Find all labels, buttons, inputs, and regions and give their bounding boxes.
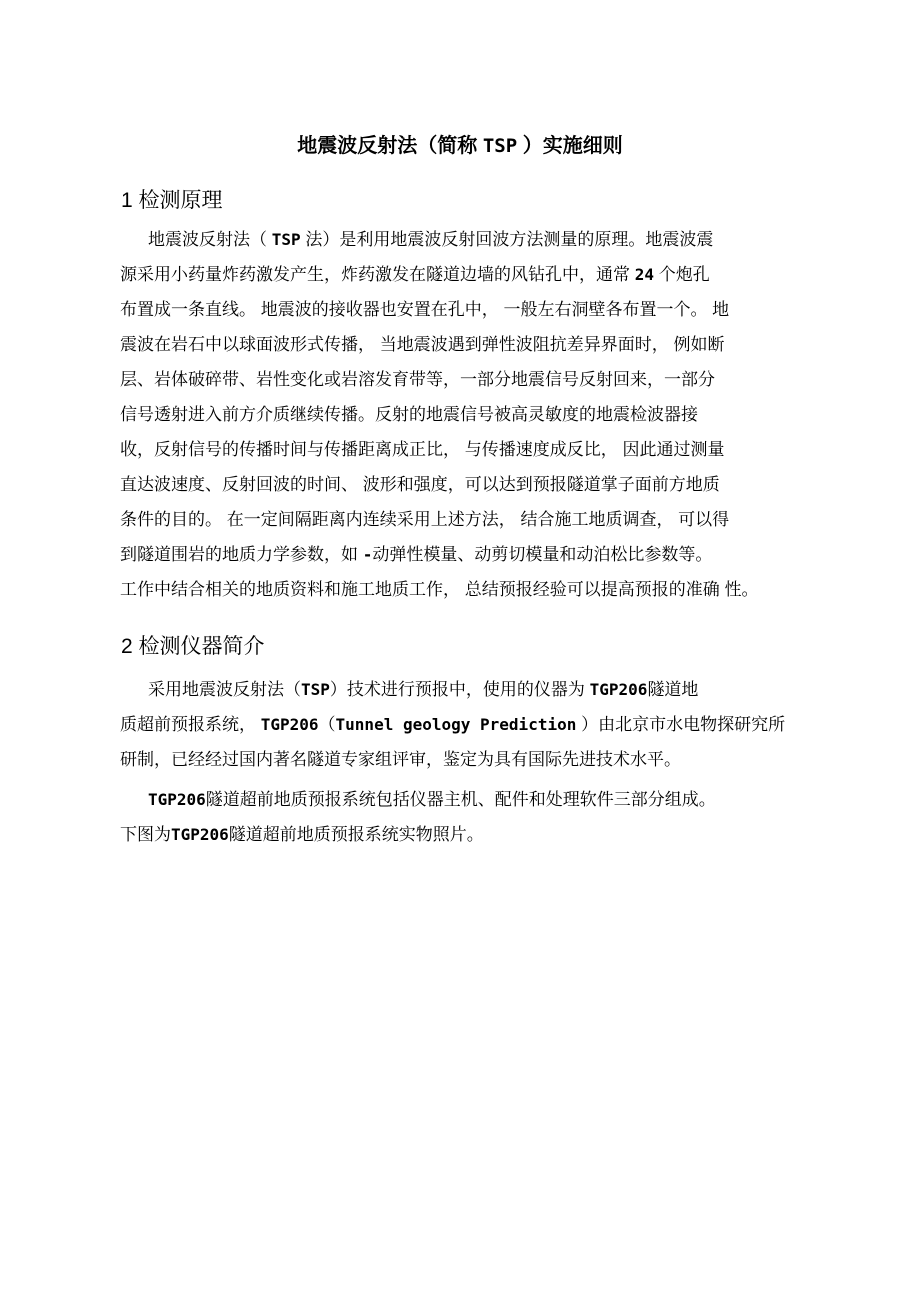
emphasis-text: TGP206: [590, 680, 648, 699]
text-line: 收，反射信号的传播时间与传播距离成正比， 与传播速度成反比， 因此通过测量: [120, 432, 810, 467]
body-text: 地震波反射法（简称: [297, 135, 483, 157]
body-text: 到隧道围岩的地质力学参数，如: [120, 545, 363, 564]
document-page: 地震波反射法（简称 TSP ）实施细则1 检测原理地震波反射法（ TSP 法）是…: [0, 0, 920, 1303]
body-text: 研制，已经经过国内著名隧道专家组评审，鉴定为具有国际先进技术水平。: [120, 750, 681, 769]
body-text: ）技术进行预报中，使用的仪器为: [330, 680, 590, 699]
doc-title: 地震波反射法（简称 TSP ）实施细则: [0, 129, 920, 158]
body-text: 震波在岩石中以球面波形式传播， 当地震波遇到弹性波阻抗差异界面时， 例如断: [120, 335, 724, 354]
emphasis-text: -: [363, 545, 373, 564]
body-text: ）由北京市水电物探研究所: [576, 715, 785, 734]
text-line: 信号透射进入前方介质继续传播。反射的地震信号被高灵敏度的地震检波器接: [120, 397, 810, 432]
body-text: 采用地震波反射法（: [148, 680, 301, 699]
body-text: 条件的目的。 在一定间隔距离内连续采用上述方法， 结合施工地质调查， 可以得: [120, 510, 729, 529]
emphasis-text: TGP206: [261, 715, 319, 734]
body-text: 法）是利用地震波反射回波方法测量的原理。地震波震: [301, 230, 714, 249]
text-line: 采用地震波反射法（TSP）技术进行预报中，使用的仪器为 TGP206隧道地: [120, 672, 810, 707]
text-line: 层、岩体破碎带、岩性变化或岩溶发育带等，一部分地震信号反射回来，一部分: [120, 362, 810, 397]
body-text: 下图为: [120, 825, 171, 844]
text-line: TGP206隧道超前地质预报系统包括仪器主机、配件和处理软件三部分组成。: [120, 782, 810, 817]
body-text: 布置成一条直线。 地震波的接收器也安置在孔中， 一般左右洞壁各布置一个。 地: [120, 300, 729, 319]
emphasis-text: 24: [635, 265, 654, 284]
body-text: 层、岩体破碎带、岩性变化或岩溶发育带等，一部分地震信号反射回来，一部分: [120, 370, 715, 389]
text-line: 震波在岩石中以球面波形式传播， 当地震波遇到弹性波阻抗差异界面时， 例如断: [120, 327, 810, 362]
text-line: 到隧道围岩的地质力学参数，如 -动弹性模量、动剪切模量和动泊松比参数等。: [120, 537, 810, 572]
body-text: 隧道超前地质预报系统包括仪器主机、配件和处理软件三部分组成。: [206, 790, 716, 809]
text-line: 下图为TGP206隧道超前地质预报系统实物照片。: [120, 817, 810, 852]
body-text: 地震波反射法（: [148, 230, 272, 249]
emphasis-text: TSP: [483, 135, 517, 157]
body-text: ）实施细则: [517, 135, 623, 157]
body-text: 工作中结合相关的地质资料和施工地质工作， 总结预报经验可以提高预报的准确 性。: [120, 580, 758, 599]
emphasis-text: TGP206: [148, 790, 206, 809]
text-line: 质超前预报系统， TGP206（Tunnel geology Predictio…: [120, 707, 810, 742]
body-text: 信号透射进入前方介质继续传播。反射的地震信号被高灵敏度的地震检波器接: [120, 405, 698, 424]
text-line: 条件的目的。 在一定间隔距离内连续采用上述方法， 结合施工地质调查， 可以得: [120, 502, 810, 537]
body-text: 隧道地: [647, 680, 698, 699]
body-text: 动弹性模量、动剪切模量和动泊松比参数等。: [372, 545, 712, 564]
emphasis-text: TSP: [301, 680, 330, 699]
body-text: 直达波速度、反射回波的时间、 波形和强度，可以达到预报隧道掌子面前方地质: [120, 475, 720, 494]
emphasis-text: TSP: [272, 230, 301, 249]
body-text: 收，反射信号的传播时间与传播距离成正比， 与传播速度成反比， 因此通过测量: [120, 440, 724, 459]
emphasis-text: TGP206: [171, 825, 229, 844]
section-heading: 1 检测原理: [121, 184, 223, 214]
emphasis-text: Tunnel geology Prediction: [336, 715, 577, 734]
paragraph: 地震波反射法（ TSP 法）是利用地震波反射回波方法测量的原理。地震波震源采用小…: [120, 222, 810, 607]
text-line: 布置成一条直线。 地震波的接收器也安置在孔中， 一般左右洞壁各布置一个。 地: [120, 292, 810, 327]
text-line: 源采用小药量炸药激发产生，炸药激发在隧道边墙的风钻孔中，通常 24 个炮孔: [120, 257, 810, 292]
section-heading: 2 检测仪器简介: [121, 630, 265, 660]
body-text: 隧道超前地质预报系统实物照片。: [229, 825, 484, 844]
paragraph: 采用地震波反射法（TSP）技术进行预报中，使用的仪器为 TGP206隧道地质超前…: [120, 672, 810, 777]
text-line: 研制，已经经过国内著名隧道专家组评审，鉴定为具有国际先进技术水平。: [120, 742, 810, 777]
body-text: 个炮孔: [654, 265, 710, 284]
text-line: 地震波反射法（ TSP 法）是利用地震波反射回波方法测量的原理。地震波震: [120, 222, 810, 257]
body-text: （: [319, 715, 336, 734]
text-line: 工作中结合相关的地质资料和施工地质工作， 总结预报经验可以提高预报的准确 性。: [120, 572, 810, 607]
text-line: 直达波速度、反射回波的时间、 波形和强度，可以达到预报隧道掌子面前方地质: [120, 467, 810, 502]
paragraph: TGP206隧道超前地质预报系统包括仪器主机、配件和处理软件三部分组成。下图为T…: [120, 782, 810, 852]
body-text: 质超前预报系统，: [120, 715, 261, 734]
body-text: 源采用小药量炸药激发产生，炸药激发在隧道边墙的风钻孔中，通常: [120, 265, 635, 284]
